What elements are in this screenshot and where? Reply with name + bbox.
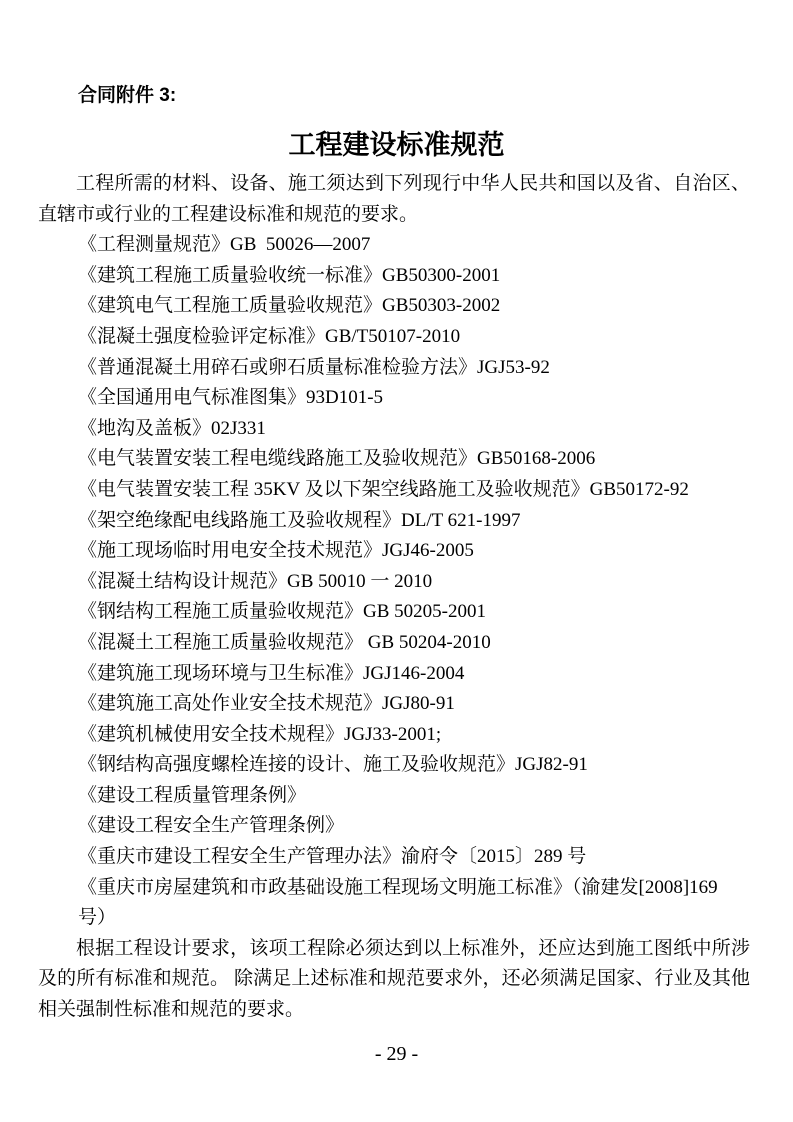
- standard-item: 《全国通用电气标准图集》93D101-5: [78, 383, 750, 414]
- standard-item: 《混凝土强度检验评定标准》GB/T50107-2010: [78, 322, 750, 353]
- attachment-label: 合同附件 3:: [78, 84, 176, 108]
- intro-paragraph: 工程所需的材料、设备、施工须达到下列现行中华人民共和国以及省、自治区、直辖市或行…: [38, 169, 750, 230]
- standard-item: 《钢结构高强度螺栓连接的设计、施工及验收规范》JGJ82-91: [78, 750, 750, 781]
- standards-list: 《工程测量规范》GB 50026—2007 《建筑工程施工质量验收统一标准》GB…: [38, 230, 750, 934]
- standard-item: 《电气装置安装工程电缆线路施工及验收规范》GB50168-2006: [78, 444, 750, 475]
- standard-item: 《建筑电气工程施工质量验收规范》GB50303-2002: [78, 291, 750, 322]
- standard-item: 《建筑工程施工质量验收统一标准》GB50300-2001: [78, 261, 750, 292]
- standard-item: 《建设工程质量管理条例》: [78, 781, 750, 812]
- page-number: - 29 -: [0, 1041, 793, 1067]
- standard-item: 《建设工程安全生产管理条例》: [78, 811, 750, 842]
- document-body: 工程所需的材料、设备、施工须达到下列现行中华人民共和国以及省、自治区、直辖市或行…: [38, 169, 750, 1026]
- standard-item: 《建筑机械使用安全技术规程》JGJ33-2001;: [78, 720, 750, 751]
- standard-item: 《重庆市房屋建筑和市政基础设施工程现场文明施工标准》（渝建发[2008]169 …: [78, 873, 750, 934]
- standard-item: 《重庆市建设工程安全生产管理办法》渝府令〔2015〕289 号: [78, 842, 750, 873]
- standard-item: 《建筑施工高处作业安全技术规范》JGJ80-91: [78, 689, 750, 720]
- standard-item: 《混凝土工程施工质量验收规范》 GB 50204-2010: [78, 628, 750, 659]
- document-page: 合同附件 3: 工程建设标准规范 工程所需的材料、设备、施工须达到下列现行中华人…: [0, 0, 793, 1122]
- document-title: 工程建设标准规范: [0, 126, 793, 164]
- standard-item: 《架空绝缘配电线路施工及验收规程》DL/T 621-1997: [78, 506, 750, 537]
- standard-item: 《钢结构工程施工质量验收规范》GB 50205-2001: [78, 597, 750, 628]
- standard-item: 《混凝土结构设计规范》GB 50010 一 2010: [78, 567, 750, 598]
- standard-item: 《工程测量规范》GB 50026—2007: [78, 230, 750, 261]
- standard-item: 《地沟及盖板》02J331: [78, 414, 750, 445]
- standard-item: 《普通混凝土用碎石或卵石质量标准检验方法》JGJ53-92: [78, 353, 750, 384]
- standard-item: 《电气装置安装工程 35KV 及以下架空线路施工及验收规范》GB50172-92: [78, 475, 750, 506]
- closing-paragraph: 根据工程设计要求，该项工程除必须达到以上标准外，还应达到施工图纸中所涉及的所有标…: [38, 934, 750, 1026]
- standard-item: 《建筑施工现场环境与卫生标准》JGJ146-2004: [78, 659, 750, 690]
- standard-item: 《施工现场临时用电安全技术规范》JGJ46-2005: [78, 536, 750, 567]
